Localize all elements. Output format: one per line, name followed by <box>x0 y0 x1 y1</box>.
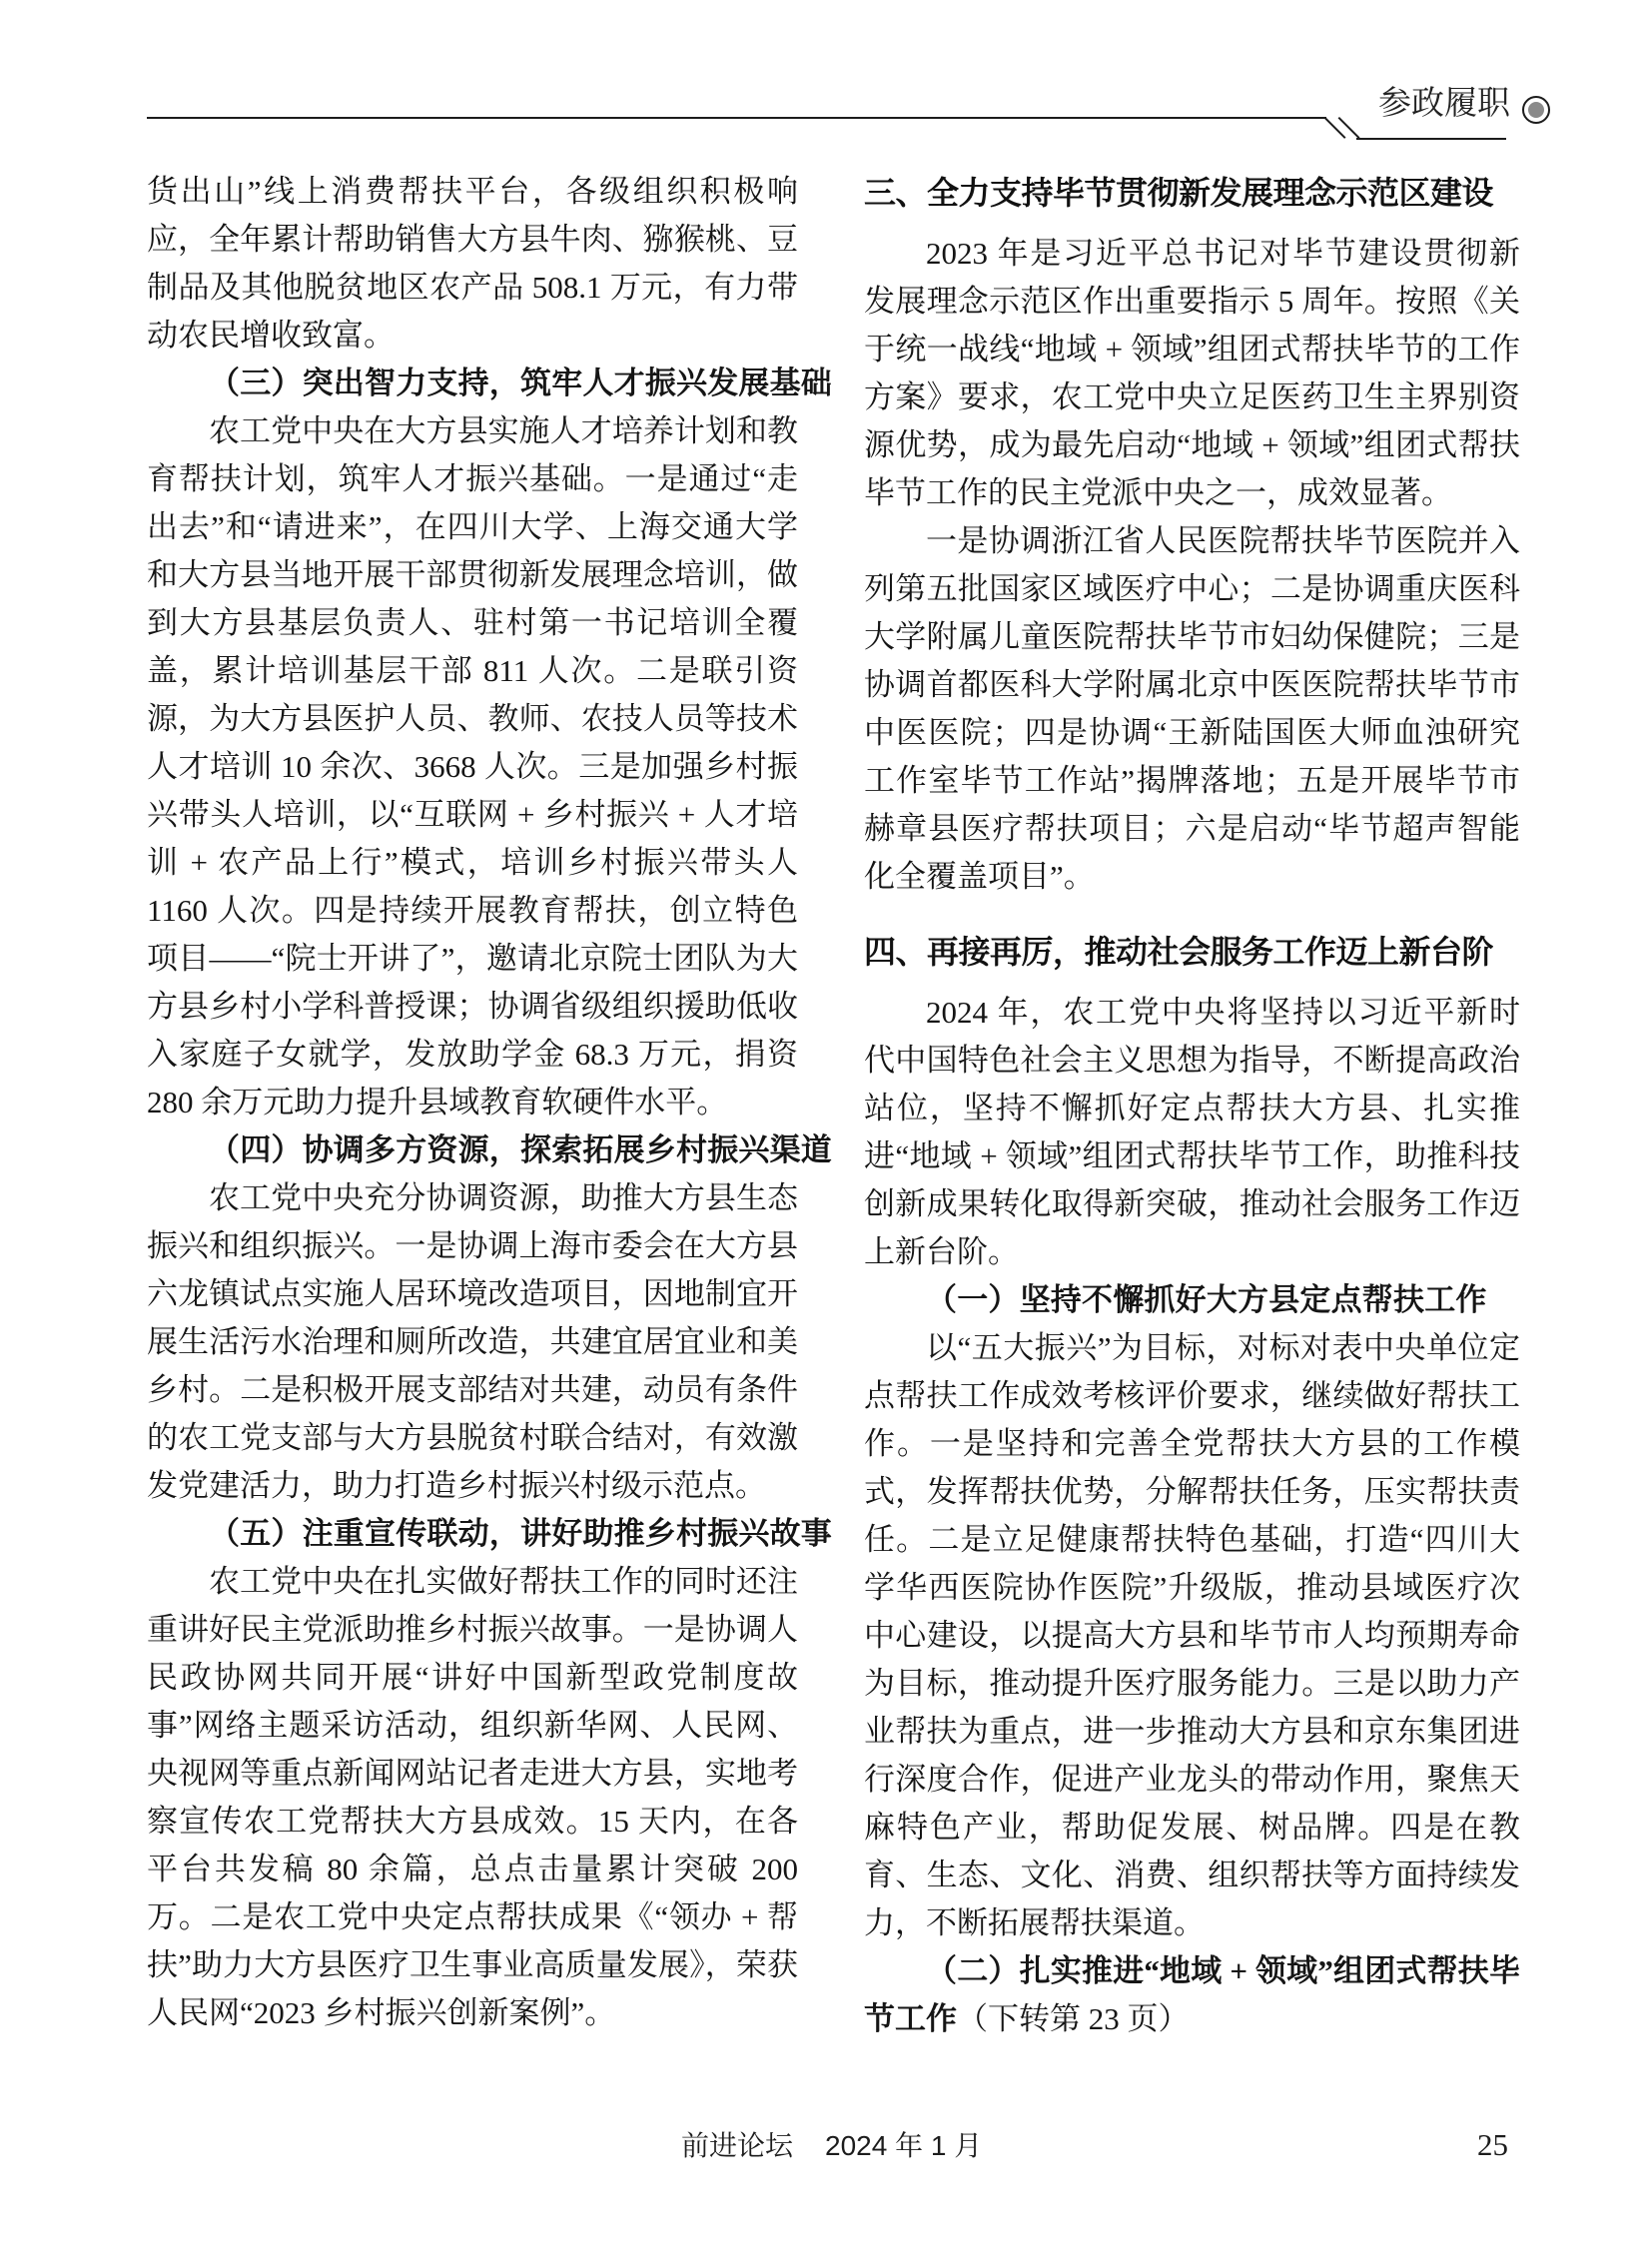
right-column: 三、全力支持毕节贯彻新发展理念示范区建设 2023 年是习近平总书记对毕节建设贯… <box>864 168 1520 2043</box>
paragraph: 2024 年，农工党中央将坚持以习近平新时代中国特色社会主义思想为指导，不断提高… <box>864 989 1520 1276</box>
sub-heading: （一）坚持不懈抓好大方县定点帮扶工作 <box>864 1276 1520 1324</box>
page-footer: 前进论坛 2024 年 1 月 25 <box>0 2123 1652 2173</box>
issue-date: 2024 年 1 月 <box>825 2129 982 2163</box>
section-heading: 四、再接再厉，推动社会服务工作迈上新台阶 <box>864 927 1520 977</box>
paragraph: 农工党中央在扎实做好帮扶工作的同时还注重讲好民主党派助推乡村振兴故事。一是协调人… <box>147 1558 798 2037</box>
paragraph: 农工党中央在大方县实施人才培养计划和教育帮扶计划，筑牢人才振兴基础。一是通过“走… <box>147 407 798 1126</box>
continuation-note: （下转第 23 页） <box>957 2001 1190 2036</box>
fisheye-circle-icon <box>1522 96 1550 124</box>
paragraph: 货出山”线上消费帮扶平台，各级组织积极响应，全年累计帮助销售大方县牛肉、猕猴桃、… <box>147 168 798 360</box>
sub-heading: （四）协调多方资源，探索拓展乡村振兴渠道 <box>147 1126 798 1174</box>
paragraph: 2023 年是习近平总书记对毕节建设贯彻新发展理念示范区作出重要指示 5 周年。… <box>864 230 1520 517</box>
section-heading: 三、全力支持毕节贯彻新发展理念示范区建设 <box>864 168 1520 218</box>
sub-heading: （二）扎实推进“地域 + 领域”组团式帮扶毕节工作（下转第 23 页） <box>864 1947 1520 2043</box>
magazine-page: 参政履职 货出山”线上消费帮扶平台，各级组织积极响应，全年累计帮助销售大方县牛肉… <box>0 0 1652 2242</box>
paragraph: 一是协调浙江省人民医院帮扶毕节医院并入列第五批国家区域医疗中心；二是协调重庆医科… <box>864 517 1520 901</box>
fisheye-circle-icon-dot <box>1528 102 1544 118</box>
section-label: 参政履职 <box>1378 86 1508 122</box>
paragraph: 农工党中央充分协调资源，助推大方县生态振兴和组织振兴。一是协调上海市委会在大方县… <box>147 1174 798 1510</box>
left-column: 货出山”线上消费帮扶平台，各级组织积极响应，全年累计帮助销售大方县牛肉、猕猴桃、… <box>147 168 798 2037</box>
journal-name: 前进论坛 <box>681 2129 793 2163</box>
header-rule-under-label <box>1356 138 1506 140</box>
header-rule <box>147 117 1326 119</box>
sub-heading: （三）突出智力支持，筑牢人才振兴发展基础 <box>147 360 798 407</box>
paragraph: 以“五大振兴”为目标，对标对表中央单位定点帮扶工作成效考核评价要求，继续做好帮扶… <box>864 1324 1520 1947</box>
sub-heading: （五）注重宣传联动，讲好助推乡村振兴故事 <box>147 1510 798 1558</box>
page-number: 25 <box>1477 2127 1508 2163</box>
